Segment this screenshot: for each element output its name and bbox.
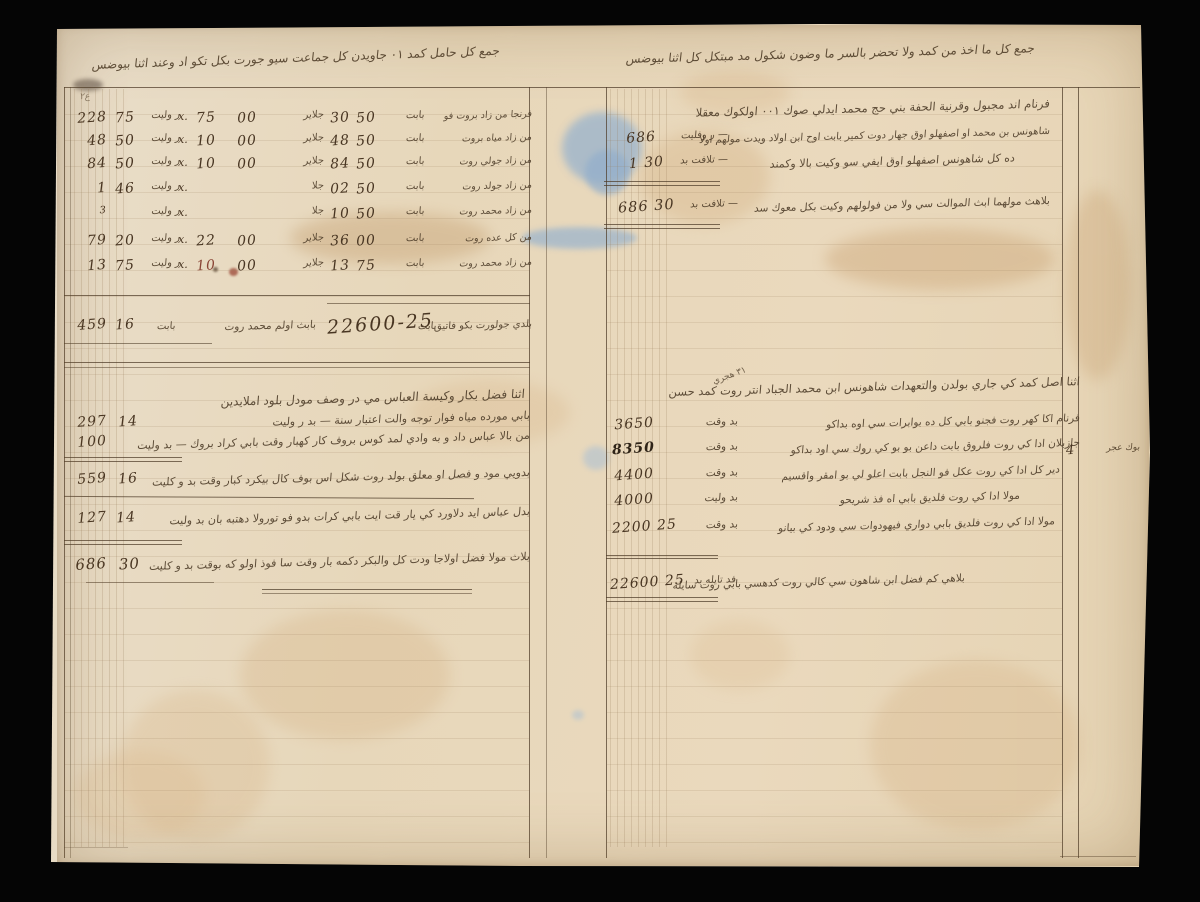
paper-edge-shading: [57, 25, 1149, 866]
paper-sheet: جمع كل ما اخذ من كمد ولا تحضر بالسر ما و…: [0, 0, 1200, 902]
scanned-ledger-page: جمع كل ما اخذ من كمد ولا تحضر بالسر ما و…: [0, 0, 1200, 902]
